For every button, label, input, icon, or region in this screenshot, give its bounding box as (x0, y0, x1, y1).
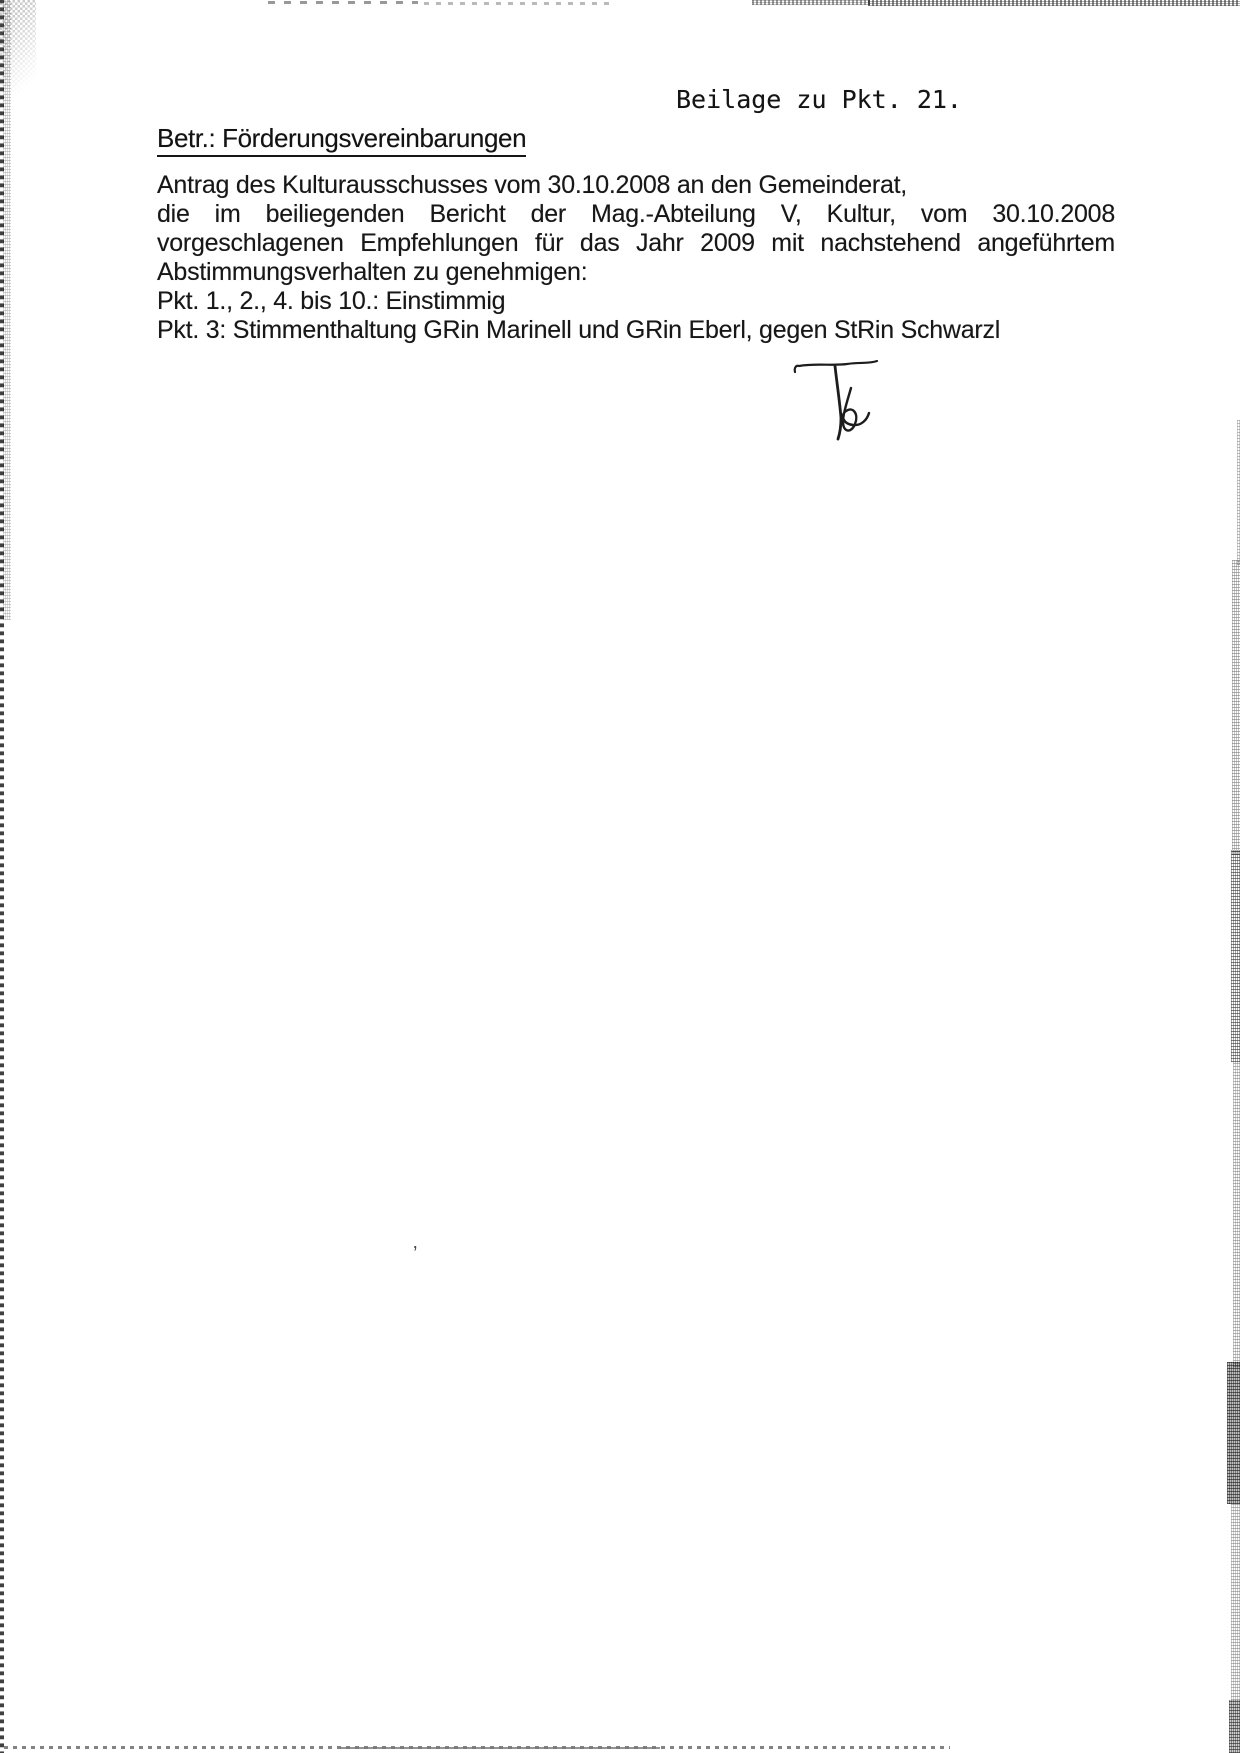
body-line-4: Abstimmungsverhalten zu genehmigen: (157, 258, 1115, 287)
body-line-5: Pkt. 1., 2., 4. bis 10.: Einstimmig (157, 287, 1115, 316)
scan-noise-left-edge (0, 0, 4, 1753)
body-line-3: vorgeschlagenen Empfehlungen für das Jah… (157, 229, 1115, 258)
scan-noise-bottom-edge-line (340, 1747, 660, 1749)
scan-noise-bottom-edge-dotted-line (4, 1746, 950, 1749)
scan-noise-right-edge-3 (1231, 850, 1240, 1062)
scan-noise-left-speckle (3, 0, 11, 620)
scan-noise-top-edge-band-1 (752, 0, 870, 5)
scan-noise-right-edge-5 (1227, 1362, 1240, 1504)
attachment-reference-note: Beilage zu Pkt. 21. (676, 86, 962, 114)
scan-noise-right-edge-2 (1232, 560, 1240, 855)
scanned-document-page: Beilage zu Pkt. 21. Betr.: Förderungsver… (0, 0, 1240, 1753)
signature-k-loop (843, 388, 869, 431)
subject-line-text: Betr.: Förderungsvereinbarungen (157, 123, 526, 157)
stray-scan-mark: ’ (413, 1243, 417, 1266)
body-line-2: die im beiliegenden Bericht der Mag.-Abt… (157, 200, 1115, 229)
scan-noise-right-edge-4 (1233, 1062, 1240, 1367)
handwritten-initials-signature (785, 350, 895, 445)
body-paragraph: Antrag des Kulturausschusses vom 30.10.2… (157, 171, 1115, 345)
scan-noise-top-edge-dashes-2 (424, 2, 609, 5)
subject-line: Betr.: Förderungsvereinbarungen (157, 123, 526, 157)
scan-noise-top-left-corner (0, 0, 36, 115)
scan-noise-right-edge-6 (1231, 1504, 1240, 1700)
signature-t-stem (835, 366, 841, 439)
scan-noise-top-edge-band-2 (868, 0, 1240, 6)
scan-noise-right-edge-7 (1229, 1700, 1240, 1753)
scan-noise-top-edge-dashes-1 (268, 1, 418, 4)
body-line-1: Antrag des Kulturausschusses vom 30.10.2… (157, 171, 1115, 200)
body-line-6: Pkt. 3: Stimmenthaltung GRin Marinell un… (157, 316, 1115, 345)
